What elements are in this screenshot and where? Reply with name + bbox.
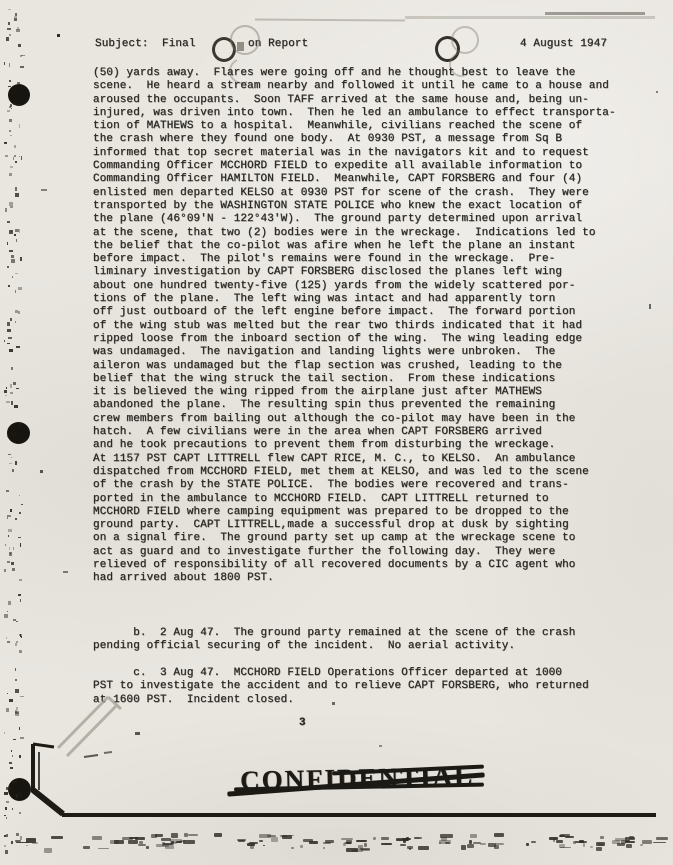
report-paragraph-c: c. 3 Aug 47. MCCHORD FIELD Operations Of… [93, 667, 589, 707]
subject-line-suffix: on Report [248, 38, 308, 51]
ring-mark-icon [212, 37, 236, 62]
scan-smudge [545, 12, 645, 15]
subject-line: Subject: Final [95, 38, 196, 51]
scan-smudge [237, 42, 244, 51]
scan-smudge [255, 18, 405, 21]
report-paragraph-b: b. 2 Aug 47. The ground party remained a… [93, 627, 575, 654]
page-number: 3 [299, 717, 306, 730]
faint-stamp-circle-icon [451, 26, 479, 54]
ring-mark-icon [435, 36, 460, 62]
report-paragraph-a: (50) yards away. Flares were going off a… [93, 67, 616, 586]
scanned-report-page: Subject: Final on Report 4 August 1947 (… [0, 0, 673, 865]
scan-smudge [405, 16, 655, 19]
report-date: 4 August 1947 [520, 38, 607, 51]
hole-punch-icon [8, 778, 31, 801]
